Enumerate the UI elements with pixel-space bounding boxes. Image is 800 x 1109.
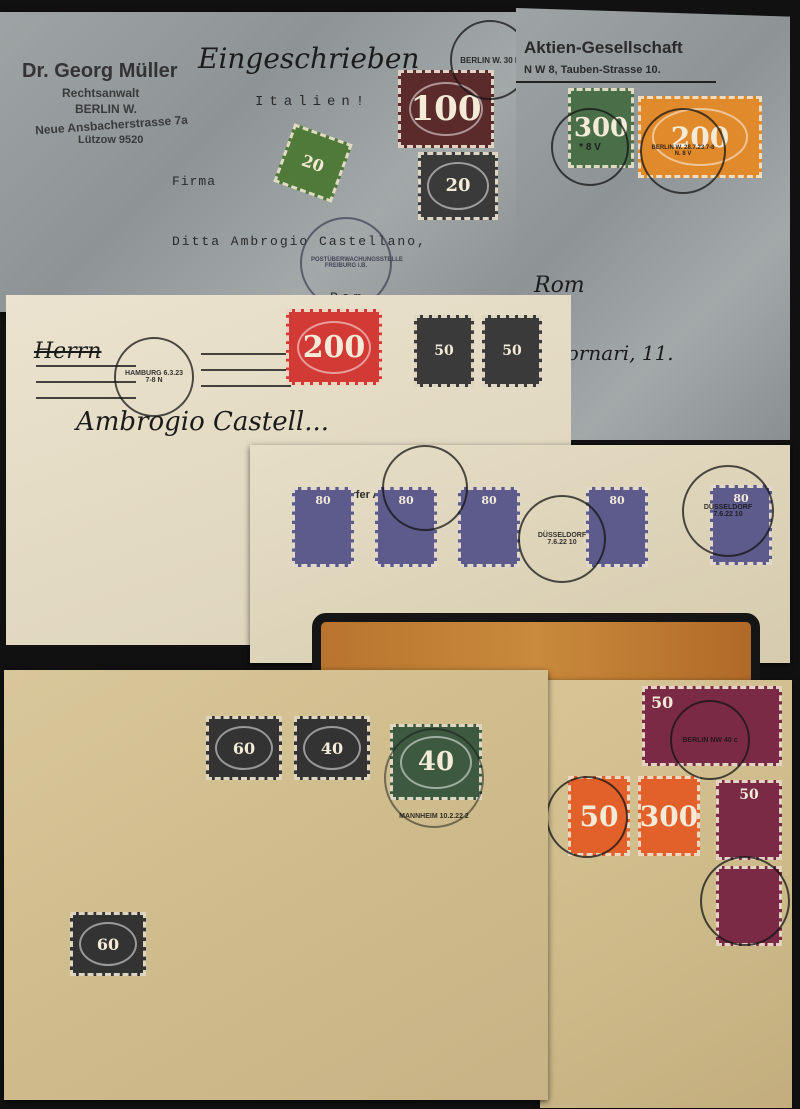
handwritten-city: Rom <box>534 273 585 298</box>
stamp-80-1: 80 <box>292 487 354 567</box>
postmark-date: DÜSSELDORF 7.6.22 10 <box>530 532 594 546</box>
postmark-berlin-w-3: BERLIN W. 28.7.23.7-8 N. 8 V <box>640 108 726 194</box>
stamp-value: 40 <box>303 726 362 771</box>
stamp-40-b: 300 <box>638 776 700 856</box>
stamp-50-grey-back: 60 <box>70 912 146 976</box>
registered-note: Eingeschrieben <box>198 42 419 75</box>
stamp-value: 80 <box>315 494 330 507</box>
sender-phone: Lützow 9520 <box>78 134 143 146</box>
stamp-value: 80 <box>609 494 624 507</box>
postmark-dusseldorf-1: DÜSSELDORF 7.6.22 10 <box>518 495 606 583</box>
postmark-date: BERLIN W. 28.7.23.7-8 N. 8 V <box>651 145 715 157</box>
stamp-50-a: 50 <box>414 315 474 387</box>
company-address: N W 8, Tauben-Strasse 10. <box>524 64 661 76</box>
stamp-value: 80 <box>481 494 496 507</box>
stamp-grey-20: 20 <box>418 152 498 220</box>
envelope-dusseldorf: Düsseldorfer Allgemeine 80 80 80 80 80 D… <box>250 445 790 663</box>
stamp-50b-value: 50 <box>502 343 521 359</box>
stamp-50-b: 50 <box>482 315 542 387</box>
destination-country: Italien! <box>255 94 370 110</box>
stamp-grey-value: 20 <box>427 162 489 209</box>
stamp-200-red: 200 <box>286 309 382 385</box>
addressee-prefix: Firma <box>172 174 216 189</box>
addressee-handwritten: Ambrogio Castell... <box>76 407 329 437</box>
postmark-text: MANNHEIM 10.2.22 2 <box>399 813 469 820</box>
postmark-dusseldorf-2: DÜSSELDORF 7.6.22 10 <box>682 465 774 557</box>
postmark-date: HAMBURG 6.3.23 7-8 N <box>124 370 184 384</box>
sender-city: BERLIN W. <box>75 102 137 116</box>
salutation: Herrn <box>34 339 101 364</box>
postmark-code: * 8 V <box>579 142 601 153</box>
stamp-value: 50 <box>651 693 673 712</box>
stamp-value: 60 <box>215 726 274 771</box>
stamp-50-grey-1: 60 <box>206 716 282 780</box>
postmark-berlin-w-2: * 8 V <box>551 108 629 186</box>
postmark-text: BERLIN W. 30 b <box>460 56 520 65</box>
postmark-dusseldorf-3 <box>382 445 468 531</box>
company-name: Aktien-Gesellschaft <box>524 38 683 58</box>
stamp-green-diamond: 20 <box>273 123 352 202</box>
handwritten-street: Fornari, 11. <box>554 341 674 365</box>
stamp-red-value: 200 <box>297 321 371 374</box>
postmark-mannheim-2 <box>546 776 628 858</box>
stamp-value: 50 <box>739 787 758 803</box>
postmark-berlin-nw40: MANNHEIM 10.2.22 2 <box>384 728 484 828</box>
envelope-muller: Dr. Georg Müller Rechtsanwalt BERLIN W. … <box>0 12 525 312</box>
stamp-value: 60 <box>79 922 138 967</box>
sender-title: Rechtsanwalt <box>62 86 139 100</box>
stamp-80-3: 80 <box>458 487 520 567</box>
postmark-date: BERLIN NW 40 c <box>680 737 740 744</box>
stamp-60-b: 50 <box>716 780 782 860</box>
machine-cancel-line <box>201 369 291 371</box>
machine-cancel-line <box>201 353 291 355</box>
censor-text: POSTÜBERWACHUNGSSTELLE FREIBURG i.B. <box>311 257 381 269</box>
stamp-50a-value: 50 <box>434 343 453 359</box>
machine-cancel-line <box>201 385 291 387</box>
stamp-50-grey-2: 40 <box>294 716 370 780</box>
stamp-value: 300 <box>640 800 698 833</box>
stamp-green-value: 20 <box>299 150 326 175</box>
sender-name: Dr. Georg Müller <box>22 60 178 83</box>
envelope-mannheim: 50 50 300 50 BERLIN NW 40 c <box>540 680 792 1108</box>
postmark-mannheim-3 <box>700 856 790 946</box>
letterhead-rule <box>516 81 716 83</box>
postmark-date: DÜSSELDORF 7.6.22 10 <box>696 504 760 518</box>
postmark-hamburg: HAMBURG 6.3.23 7-8 N <box>114 337 194 417</box>
postmark-mannheim-1: BERLIN NW 40 c <box>670 700 750 780</box>
envelope-union: 60 40 40 MANNHEIM 10.2.22 2 60 <box>4 670 548 1100</box>
